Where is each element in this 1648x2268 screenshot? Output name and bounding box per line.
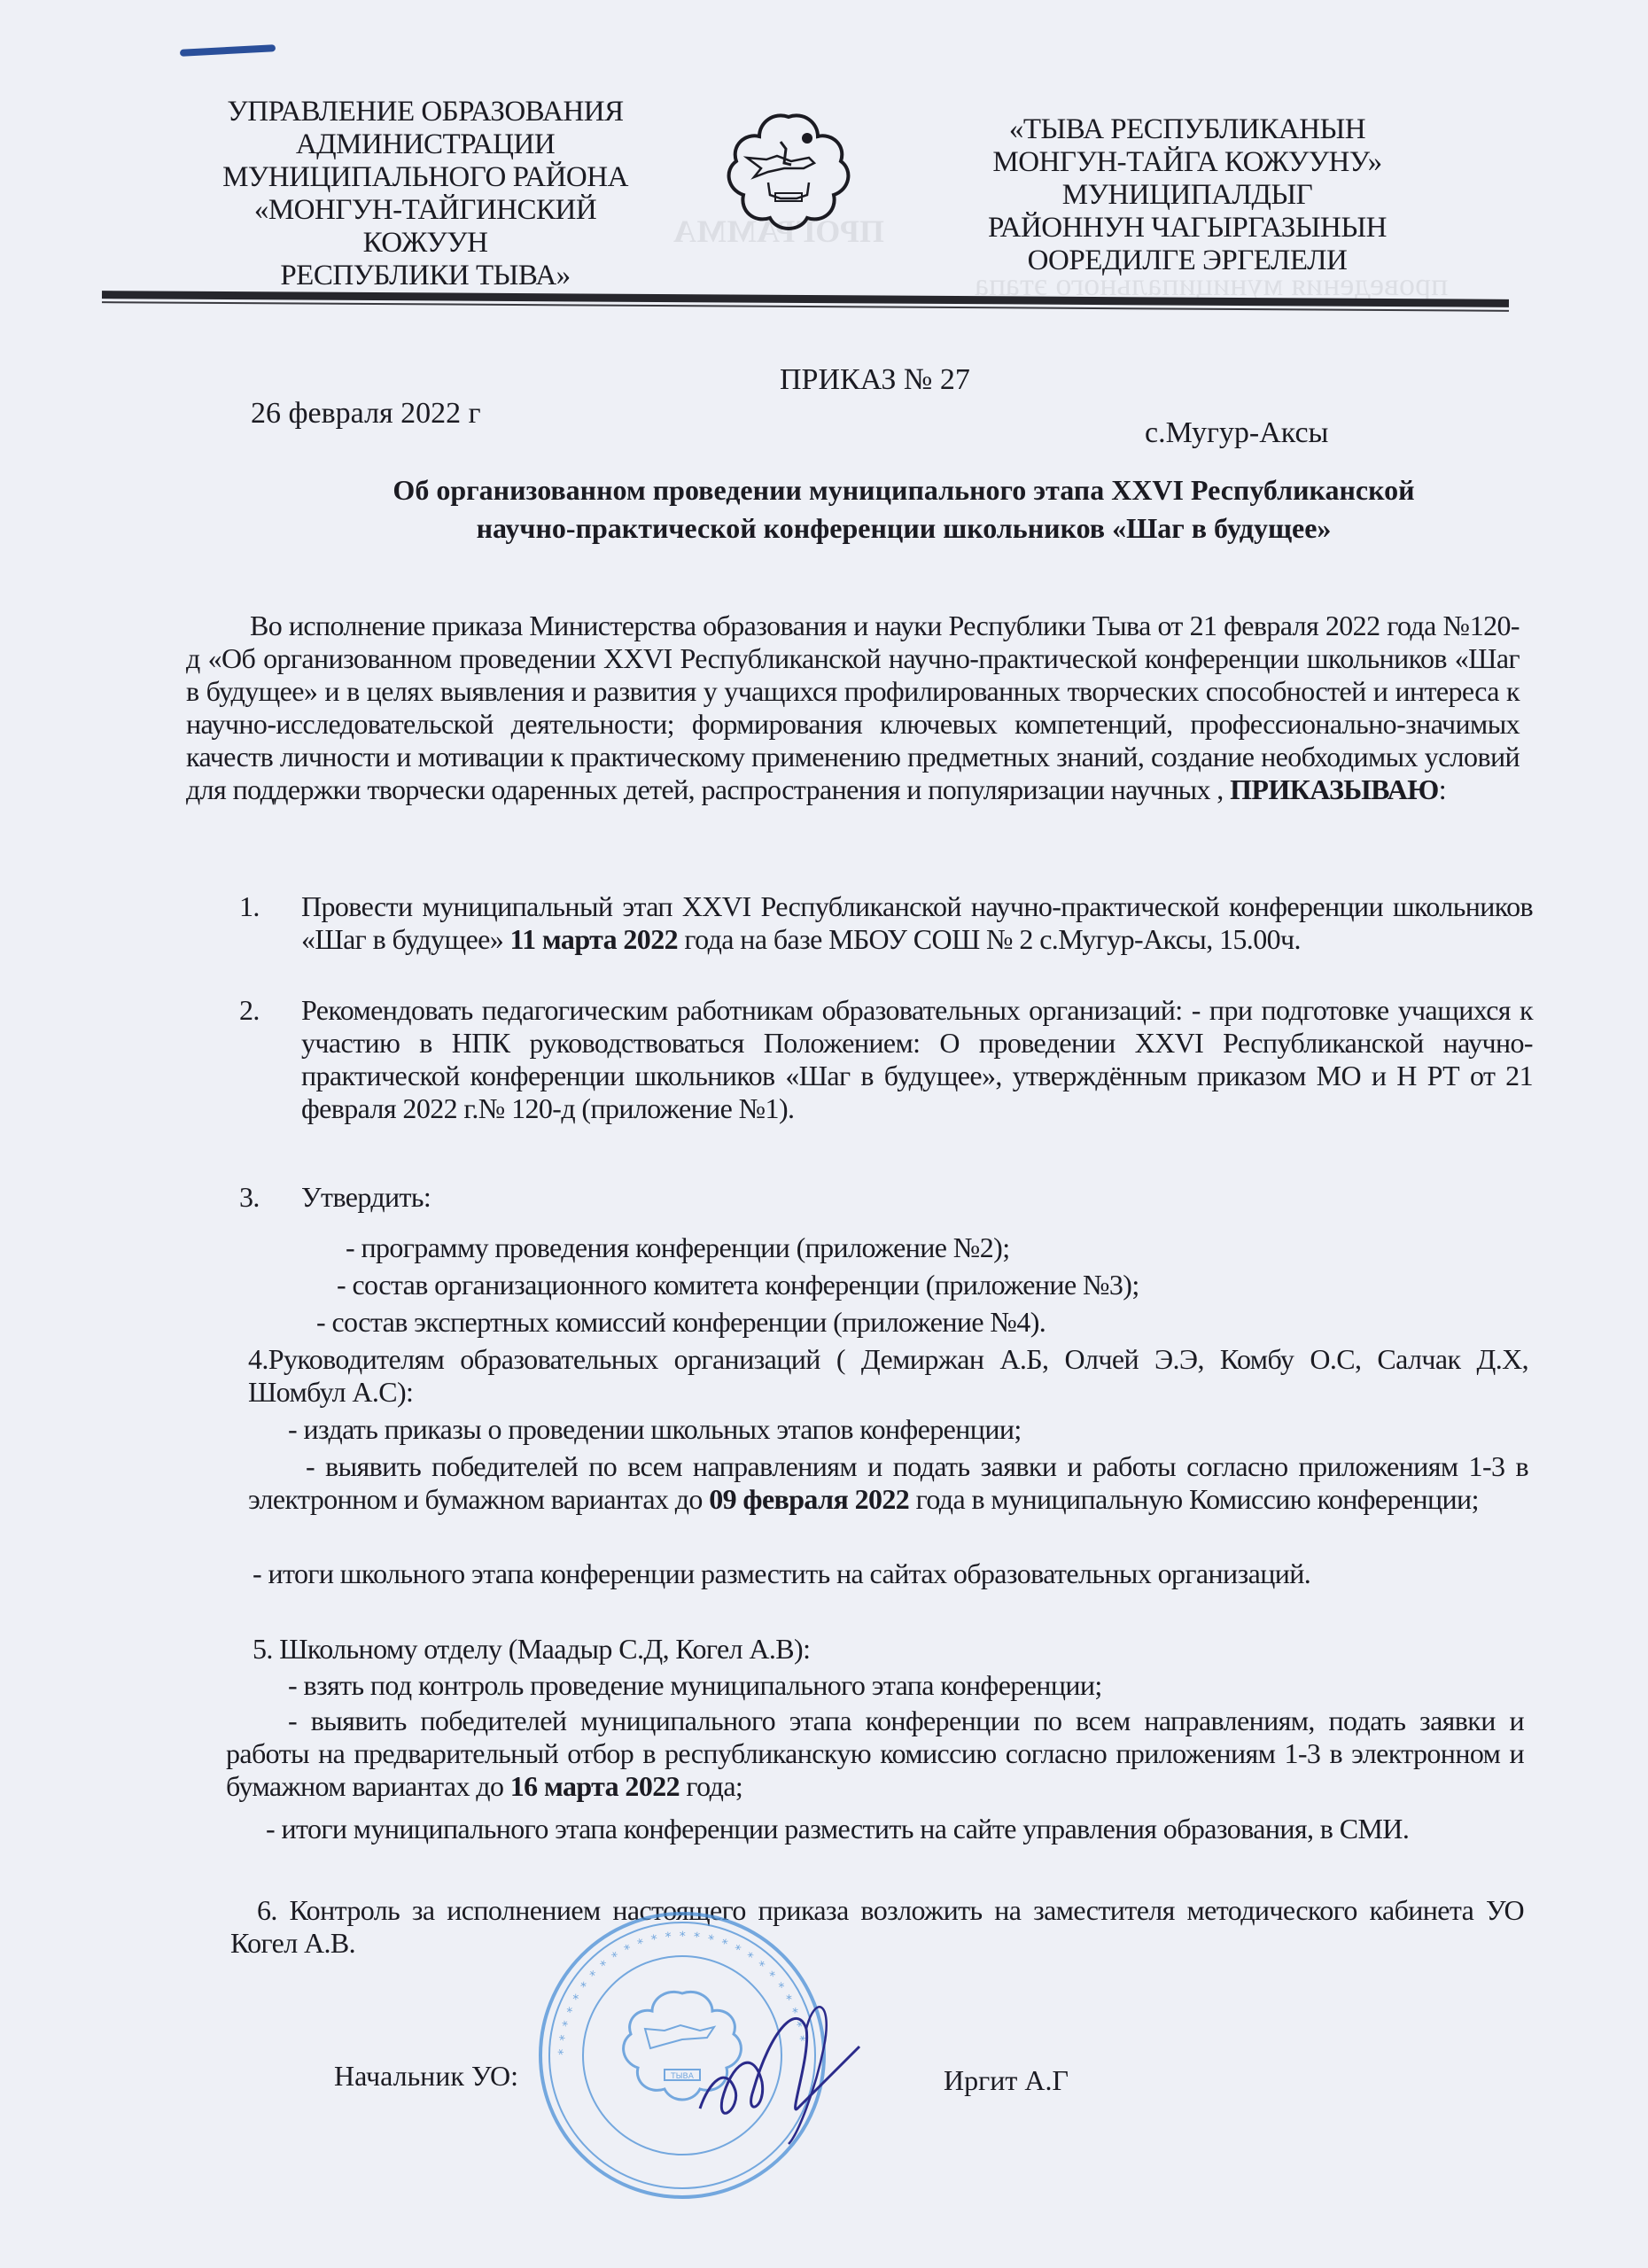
order-date: 26 февраля 2022 г: [251, 397, 481, 431]
item5-sub: - выявить победителей муниципального эта…: [226, 1705, 1524, 1803]
subject-line: Об организованном проведении муниципальн…: [284, 471, 1524, 509]
signatory-position: Начальник УО:: [334, 2060, 518, 2093]
order-item-6: 6. Контроль за исполнением настоящего пр…: [230, 1894, 1524, 1960]
handwritten-signature-icon: [691, 1976, 868, 2153]
item3-sub: - программу проведения конференции (прил…: [346, 1231, 1009, 1264]
item-text: Утвердить:: [301, 1181, 431, 1214]
order-subject: Об организованном проведении муниципальн…: [284, 471, 1524, 548]
order-item-5-head: 5. Школьному отделу (Маадыр С.Д, Когел А…: [253, 1633, 810, 1666]
item3-sub: - состав экспертных комиссий конференции…: [316, 1306, 1046, 1339]
item4-deadline: 09 февраля 2022: [709, 1483, 909, 1515]
header-right-line: РАЙОННУН ЧАГЫРГАЗЫНЫН: [939, 212, 1435, 245]
header-left-organization: УПРАВЛЕНИЕ ОБРАЗОВАНИЯ АДМИНИСТРАЦИИ МУН…: [177, 96, 673, 292]
tuva-emblem-icon: [722, 106, 855, 239]
intro-end: :: [1439, 773, 1446, 805]
item5-deadline: 16 марта 2022: [510, 1770, 680, 1802]
header-left-line: «МОНГУН-ТАЙГИНСКИЙ: [177, 194, 673, 227]
header-right-line: «ТЫВА РЕСПУБЛИКАНЫН: [939, 113, 1435, 146]
header-left-line: РЕСПУБЛИКИ ТЫВА»: [177, 260, 673, 292]
item3-sub: - состав организационного комитета конфе…: [337, 1269, 1139, 1301]
header-right-line: ООРЕДИЛГЕ ЭРГЕЛЕЛИ: [939, 245, 1435, 277]
pen-mark: [180, 44, 276, 57]
intro-paragraph: Во исполнение приказа Министерства образ…: [186, 610, 1520, 806]
header-right-line: МУНИЦИПАЛДЫГ: [939, 179, 1435, 212]
item-number: 3.: [239, 1181, 260, 1214]
order-item-4-head: 4.Руководителям образовательных организа…: [248, 1343, 1528, 1409]
item4-sub: - издать приказы о проведении школьных э…: [288, 1413, 1022, 1446]
item-text: Рекомендовать педагогическим работникам …: [301, 994, 1533, 1125]
item4-sub: - выявить победителей по всем направлени…: [248, 1450, 1528, 1516]
header-left-line: АДМИНИСТРАЦИИ: [177, 128, 673, 161]
order-place: с.Мугур-Аксы: [1145, 416, 1328, 450]
item-text: Провести муниципальный этап XXVI Республ…: [301, 890, 1533, 956]
header-left-line: УПРАВЛЕНИЕ ОБРАЗОВАНИЯ: [177, 96, 673, 128]
item1-text-end: года на базе МБОУ СОШ № 2 с.Мугур-Аксы, …: [678, 923, 1301, 955]
subject-line: научно-практической конференции школьник…: [284, 509, 1524, 548]
order-directive: ПРИКАЗЫВАЮ: [1230, 773, 1439, 805]
item4-sub2-end: года в муниципальную Комиссию конференци…: [909, 1483, 1479, 1515]
header-right-line: МОНГУН-ТАЙГА КОЖУУНУ»: [939, 146, 1435, 179]
item5-sub2-end: года;: [680, 1770, 742, 1802]
item5-sub2-text: - выявить победителей муниципального эта…: [226, 1705, 1524, 1802]
header-right-organization: «ТЫВА РЕСПУБЛИКАНЫН МОНГУН-ТАЙГА КОЖУУНУ…: [939, 113, 1435, 277]
item5-sub: - итоги муниципального этапа конференции…: [159, 1813, 1524, 1845]
item5-sub: - взять под контроль проведение муниципа…: [288, 1669, 1102, 1702]
order-title: ПРИКАЗ № 27: [780, 363, 970, 397]
item1-date: 11 марта 2022: [510, 923, 679, 955]
scanned-document-page: ПРОГРАММА проведения муниципального этап…: [0, 0, 1648, 2268]
item4-sub: - итоги школьного этапа конференции разм…: [168, 1557, 1528, 1590]
header-left-line: МУНИЦИПАЛЬНОГО РАЙОНА: [177, 161, 673, 194]
item-number: 2.: [239, 994, 260, 1027]
signatory-name: Иргит А.Г: [944, 2064, 1069, 2097]
item-number: 1.: [239, 890, 260, 923]
header-left-line: КОЖУУН: [177, 227, 673, 260]
